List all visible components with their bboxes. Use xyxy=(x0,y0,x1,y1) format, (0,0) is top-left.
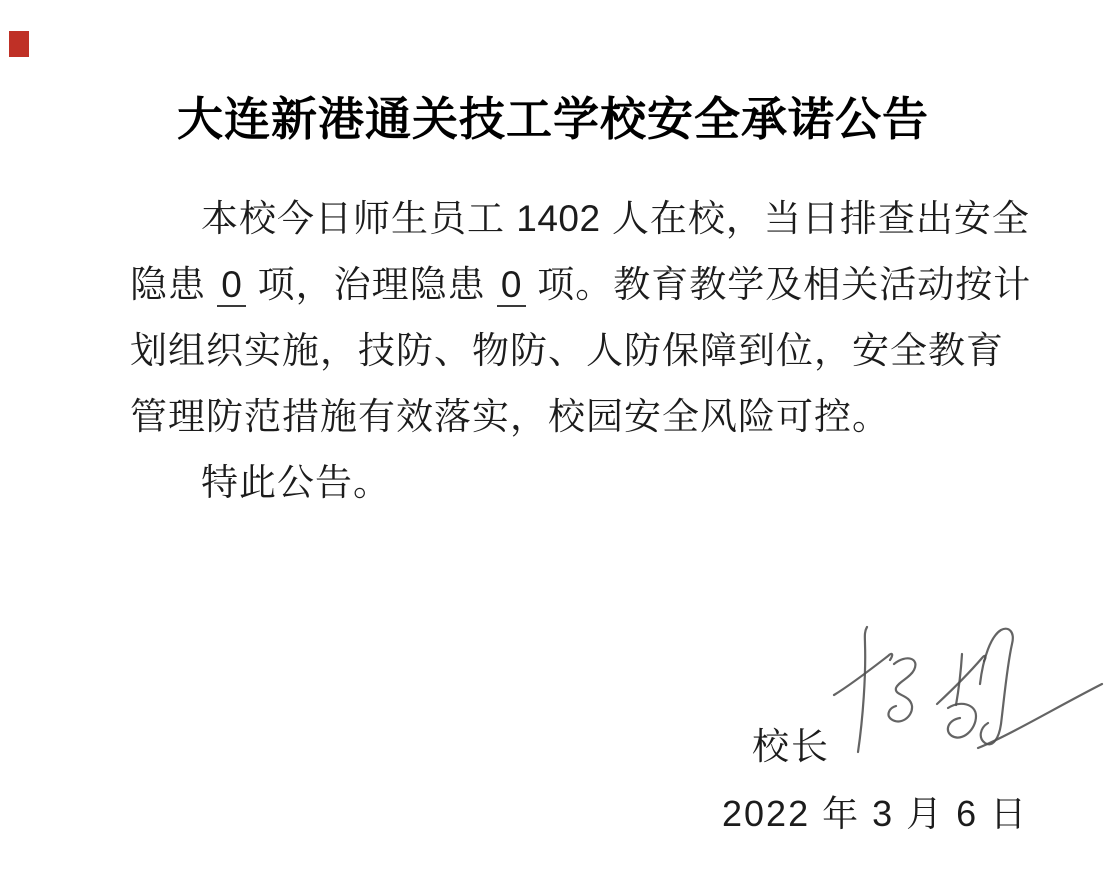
announcement-body: 本校今日师生员工 1402 人在校，当日排查出安全 隐患 0 项，治理隐患 0 … xyxy=(130,186,1060,516)
body-text: 人在校，当日排查出安全 xyxy=(601,198,1030,239)
body-line-4: 管理防范措施有效落实，校园安全风险可控。 xyxy=(130,384,1060,450)
body-line-closing: 特此公告。 xyxy=(130,450,1060,516)
body-text: 管理防范措施有效落实，校园安全风险可控。 xyxy=(130,396,890,437)
body-text: 特此公告。 xyxy=(201,462,391,503)
announcement-date: 2022 年 3 月 6 日 xyxy=(722,786,1028,837)
principal-label: 校长 xyxy=(752,716,830,770)
handwritten-signature xyxy=(830,620,1105,760)
page-title: 大连新港通关技工学校安全承诺公告 xyxy=(0,83,1106,149)
body-line-2: 隐患 0 项，治理隐患 0 项。教育教学及相关活动按计 xyxy=(130,252,1060,318)
body-line-1: 本校今日师生员工 1402 人在校，当日排查出安全 xyxy=(130,186,1060,252)
announcement-page: 大连新港通关技工学校安全承诺公告 本校今日师生员工 1402 人在校，当日排查出… xyxy=(0,0,1106,880)
body-text: 划组织实施，技防、物防、人防保障到位，安全教育 xyxy=(130,330,1004,371)
headcount-value: 1402 xyxy=(516,198,600,239)
hazards-fixed-value: 0 xyxy=(497,264,526,307)
red-corner-mark xyxy=(9,31,29,57)
body-text: 项。教育教学及相关活动按计 xyxy=(526,264,1031,305)
body-line-3: 划组织实施，技防、物防、人防保障到位，安全教育 xyxy=(130,318,1060,384)
body-text: 隐患 xyxy=(130,264,217,305)
body-text: 项，治理隐患 xyxy=(246,264,497,305)
hazards-found-value: 0 xyxy=(217,264,246,307)
body-text: 本校今日师生员工 xyxy=(201,198,516,239)
